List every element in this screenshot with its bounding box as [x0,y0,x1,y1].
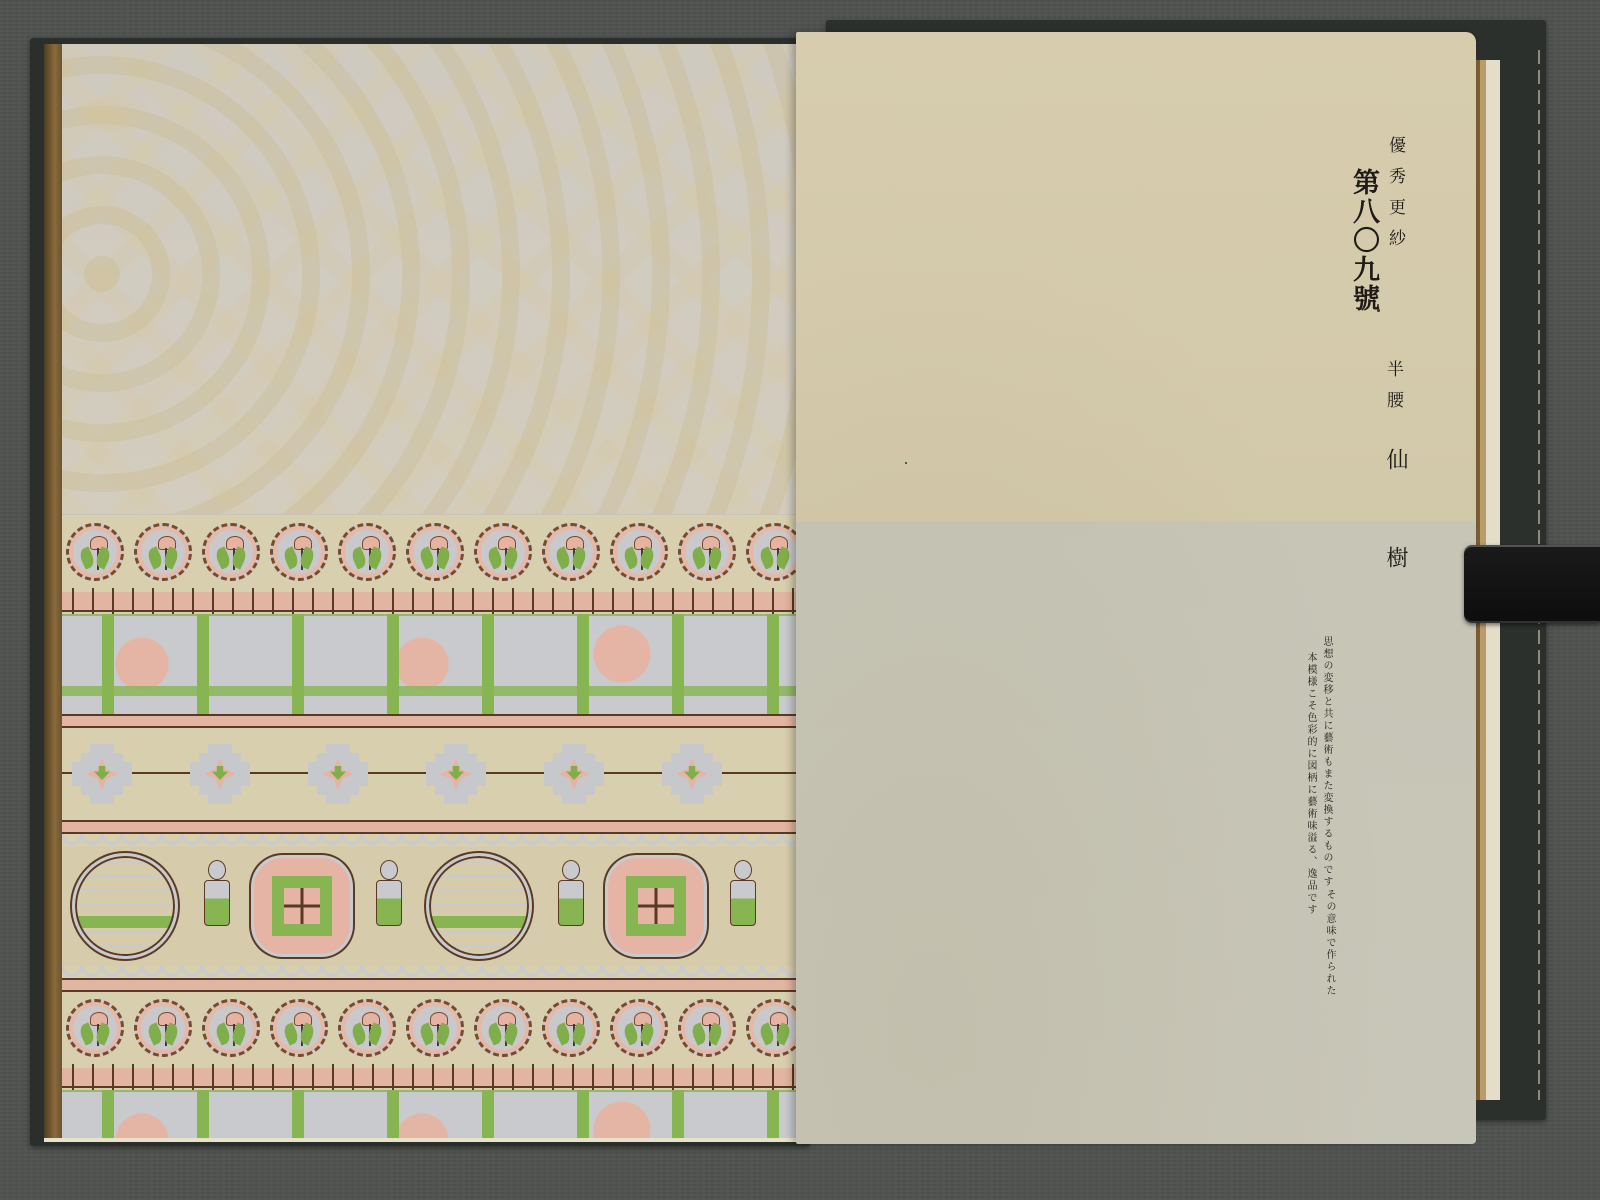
body-text-line-2: 本模様こそ色彩的に図柄に藝術味溢る、逸品です [1303,652,1318,916]
pink-stripe [62,820,814,834]
tulip-roundel [678,999,736,1057]
page-bottom-edge [44,1138,814,1142]
mark [1377,309,1380,312]
stepped-cross-motif [308,744,368,804]
tulip-roundel [610,999,668,1057]
wave-border [62,834,814,846]
tulip-roundel [406,999,464,1057]
tulip-roundel [542,999,600,1057]
tulip-roundel [678,523,736,581]
page-binding-edge [44,44,62,1142]
tulip-roundel [406,523,464,581]
type-label: 半腰 [1381,360,1406,422]
pink-stripe [62,714,814,728]
figure-band [62,846,814,966]
sawtooth-border [62,1064,814,1090]
tulip-roundel [338,523,396,581]
tulip-roundel [66,999,124,1057]
series-label: 優秀更紗 [1383,136,1408,260]
stepped-cross-motif [190,744,250,804]
boat-medallion [426,853,532,959]
stepped-cross-motif [544,744,604,804]
stepped-cross-motif [662,744,722,804]
square-flower-motif [608,858,704,954]
vine-scroll-band [62,614,814,726]
walking-figure [550,856,590,956]
tulip-roundel [134,523,192,581]
tulip-roundel [610,523,668,581]
tulip-roundel [66,523,124,581]
black-clip-tab [1464,545,1600,623]
roundel-band-bottom [62,992,814,1064]
tulip-roundel [270,999,328,1057]
tulip-roundel [474,523,532,581]
walking-figure [368,856,408,956]
name-char-2: 樹 [1380,546,1411,568]
number-label: 第八〇九號 [1344,168,1383,313]
tulip-roundel [270,523,328,581]
tulip-roundel [542,523,600,581]
tulip-roundel [474,999,532,1057]
tulip-roundel [202,999,260,1057]
roundel-band-top [62,516,814,588]
damask-pattern [62,44,814,514]
vine-scroll-band [62,1090,814,1142]
standing-figure [722,856,762,956]
stepped-cross-motif [426,744,486,804]
boat-medallion [72,853,178,959]
tulip-roundel [202,523,260,581]
tulip-roundel [134,999,192,1057]
cross-medallion-band [62,728,814,820]
page-speck [905,462,907,464]
body-text-line-3: その意味で作られた [1322,889,1337,997]
textile-sample-page [44,44,814,1142]
wave-border [62,966,814,978]
pink-stripe [62,978,814,992]
body-text-line-1: 思想の変移と共に藝術もまた変換するものです [1319,636,1334,888]
tulip-roundel [338,999,396,1057]
name-char-1: 仙 [1380,448,1411,470]
mermaid-figure [196,856,236,956]
stepped-cross-motif [72,744,132,804]
sawtooth-border [62,588,814,614]
textile-swatch [62,44,814,1142]
square-flower-motif [254,858,350,954]
